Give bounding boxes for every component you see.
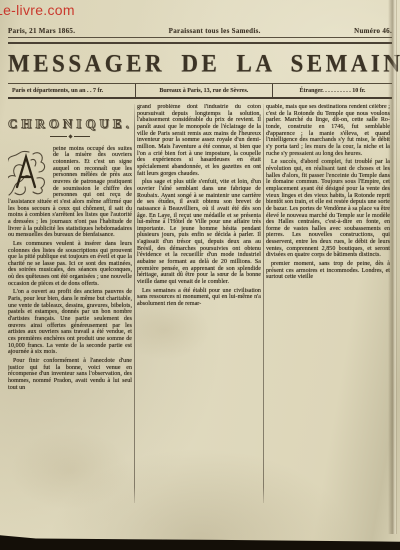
bureau-address: Bureaux à Paris, 13, rue de Sèvres.: [135, 84, 273, 97]
body-paragraph: L'on a ouvert au profit des anciens pauv…: [8, 289, 132, 356]
body-paragraph: grand problème dont l'industrie du coton…: [137, 104, 261, 177]
newspaper-page-scan: Paris, 21 Mars 1865. Paraissant tous les…: [0, 0, 400, 550]
subscription-bottom-rule: [8, 97, 392, 99]
body-paragraph: Le succès, d'abord complet, fut troublé …: [266, 159, 390, 259]
photo-bottom-edge: [0, 532, 400, 550]
subscription-row: Paris et départements, un an . . 7 fr. B…: [8, 84, 392, 97]
article-columns: CHRONIQUE.: [8, 104, 392, 503]
masthead-header-row: Paris, 21 Mars 1865. Paraissant tous les…: [8, 27, 392, 35]
divider-line: [50, 136, 67, 137]
column-rule: [263, 104, 264, 503]
body-paragraph: quable, mais que ses destinations renden…: [266, 104, 390, 157]
masthead-double-rule: [8, 37, 392, 44]
body-paragraph: peine moins occupé des suites de la misè…: [8, 146, 132, 239]
column-3: quable, mais que ses destinations renden…: [266, 104, 390, 503]
issue-number: Numéro 46.: [354, 27, 392, 35]
periodicity: Paraissant tous les Samedis.: [169, 27, 261, 35]
page-edge-groove: [388, 0, 397, 534]
newspaper-title: MESSAGER DE LA SEMAINE: [8, 50, 392, 78]
ornamental-initial-icon: [8, 147, 50, 199]
body-paragraph: Les communes veulent à insérer dans leur…: [8, 241, 132, 288]
body-paragraph: plus sage et plus utile s'enfuit, vite e…: [137, 179, 261, 286]
watermark-le-livre: Le-livre.com: [0, 2, 75, 18]
body-paragraph: Pour finir conformément à l'anecdote d'u…: [8, 358, 132, 391]
column-1: CHRONIQUE.: [8, 104, 132, 503]
newspaper-sheet: Paris, 21 Mars 1865. Paraissant tous les…: [0, 0, 400, 503]
issue-date: Paris, 21 Mars 1865.: [8, 27, 75, 35]
ornament-divider: [50, 135, 90, 138]
body-paragraph: premier moment, sans trop de peine, dès …: [266, 261, 390, 281]
divider-line: [74, 136, 91, 137]
body-paragraph: Les semaines a été établi pour une civil…: [137, 288, 261, 308]
subscription-price-foreign: Étranger. . . . . . . . . . 10 fr.: [273, 84, 392, 97]
subscription-price-domestic: Paris et départements, un an . . 7 fr.: [8, 84, 135, 97]
column-2: grand problème dont l'industrie du coton…: [137, 104, 261, 503]
column-rule: [134, 104, 135, 503]
divider-diamond-icon: [68, 134, 72, 138]
section-heading-chronique: CHRONIQUE.: [8, 121, 132, 128]
